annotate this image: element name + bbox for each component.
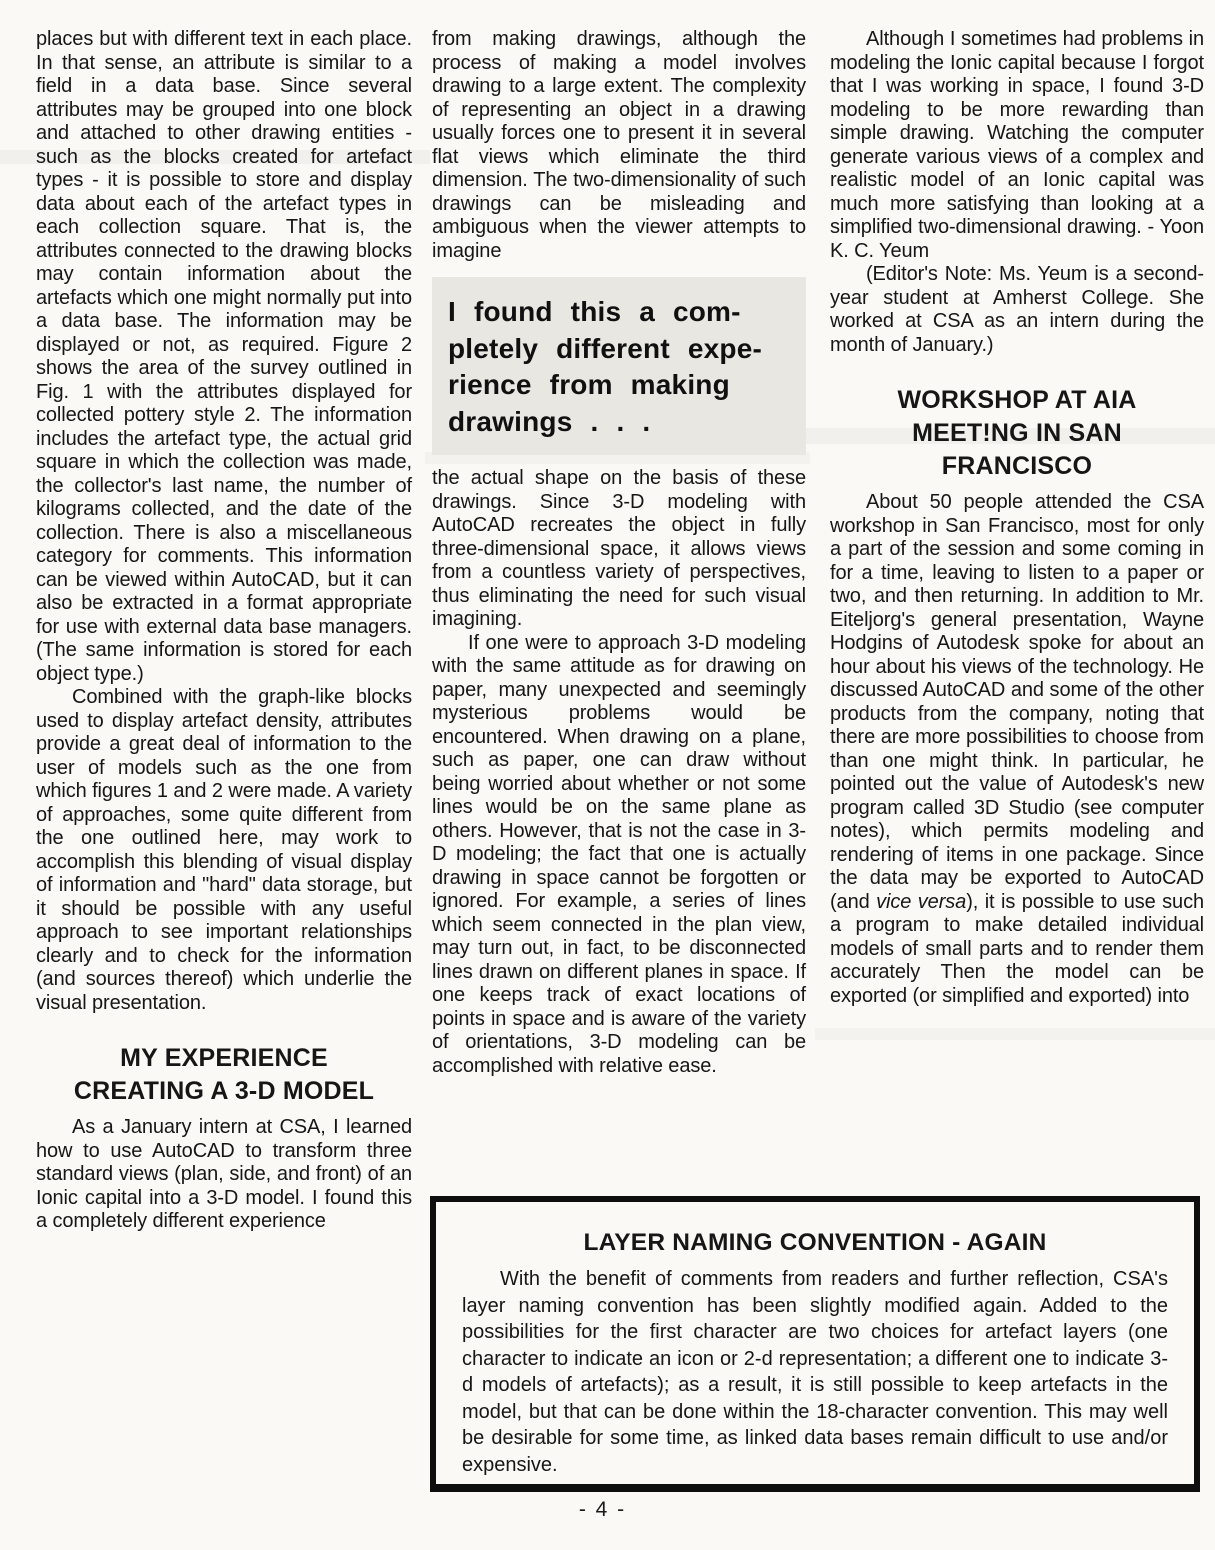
- section-heading-workshop: WORKSHOP AT AIA MEET!NG IN SAN FRANCISCO: [830, 384, 1204, 483]
- body-paragraph: If one were to approach 3-D modeling wit…: [432, 632, 806, 1079]
- pull-quote-line: I found this a com-: [448, 294, 800, 331]
- heading-line: WORKSHOP AT AIA: [830, 384, 1204, 417]
- newsletter-page: places but with different text in each p…: [0, 0, 1215, 1550]
- body-paragraph: from making drawings, although the proce…: [432, 28, 806, 263]
- right-column: Although I sometimes had problems in mod…: [830, 28, 1204, 1008]
- heading-line: CREATING A 3-D MODEL: [36, 1075, 412, 1108]
- body-paragraph: About 50 people attended the CSA worksho…: [830, 491, 1204, 1008]
- layer-naming-box: LAYER NAMING CONVENTION - AGAIN With the…: [430, 1196, 1200, 1492]
- pull-quote-line: rience from making: [448, 367, 800, 404]
- heading-line: MY EXPERIENCE: [36, 1042, 412, 1075]
- pull-quote-line: drawings . . .: [448, 404, 800, 441]
- box-heading: LAYER NAMING CONVENTION - AGAIN: [462, 1228, 1168, 1258]
- paragraph-text: About 50 people attended the CSA worksho…: [830, 491, 1204, 913]
- scan-artifact: [815, 1028, 1215, 1040]
- pull-quote-line: pletely different expe-: [448, 331, 800, 368]
- body-paragraph: the actual shape on the basis of these d…: [432, 467, 806, 632]
- section-heading-my-experience: MY EXPERIENCE CREATING A 3-D MODEL: [36, 1042, 412, 1108]
- body-paragraph: As a January intern at CSA, I learned ho…: [36, 1116, 412, 1234]
- box-paragraph: With the benefit of comments from reader…: [462, 1266, 1168, 1478]
- middle-column: from making drawings, although the proce…: [432, 28, 806, 1078]
- body-paragraph: (Editor's Note: Ms. Yeum is a second-yea…: [830, 263, 1204, 357]
- body-paragraph: Although I sometimes had problems in mod…: [830, 28, 1204, 263]
- pull-quote: I found this a com- pletely different ex…: [432, 277, 806, 455]
- body-paragraph: Combined with the graph-like blocks used…: [36, 686, 412, 1015]
- page-number: - 4 -: [0, 1498, 1205, 1522]
- heading-line: FRANCISCO: [830, 450, 1204, 483]
- left-column: places but with different text in each p…: [36, 28, 412, 1234]
- paragraph-text-italic: vice versa: [876, 891, 966, 913]
- body-paragraph: places but with different text in each p…: [36, 28, 412, 686]
- heading-line: MEET!NG IN SAN: [830, 417, 1204, 450]
